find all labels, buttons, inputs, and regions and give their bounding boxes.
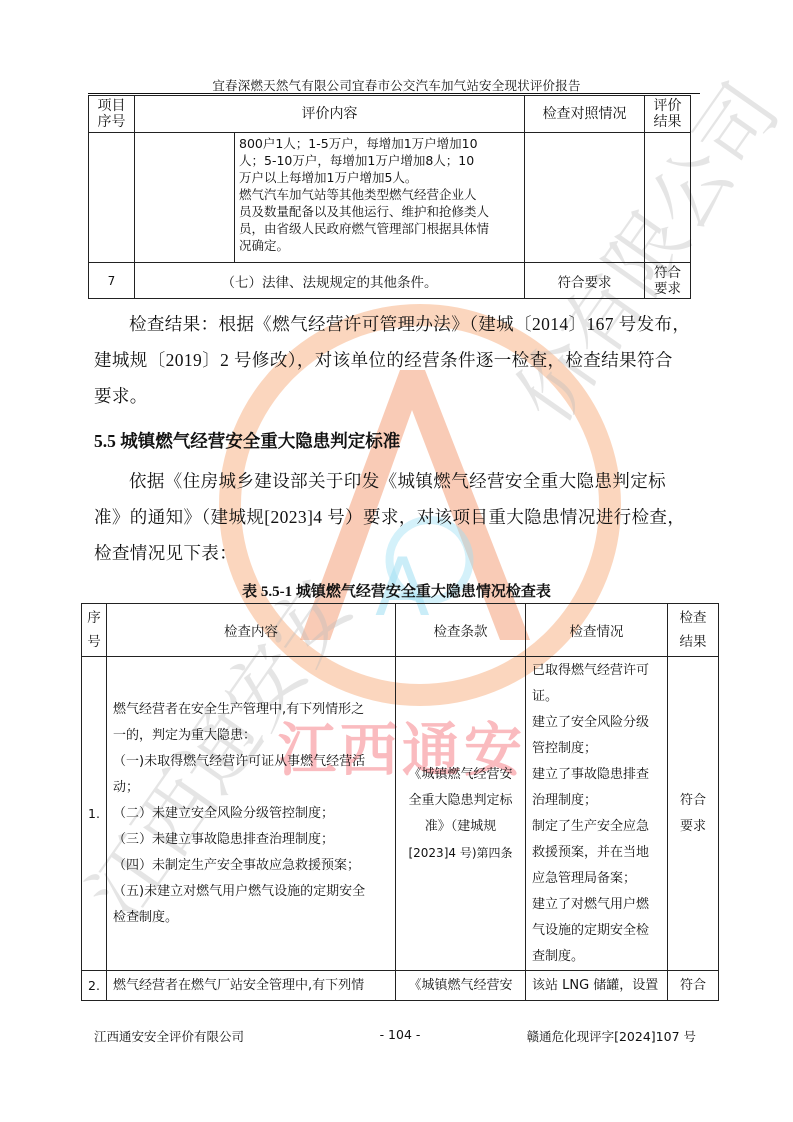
header-rule [88,93,700,94]
result-line: 符合 [645,265,690,281]
table-row: 7 （七）法律、法规规定的其他条件。 符合要求 符合 要求 [89,263,691,299]
clause-line: 准》（建城规 [399,814,522,840]
header-seq: 序 号 [82,604,107,657]
footer-company: 江西通安安全评价有限公司 [94,1027,244,1045]
status-line: 建立了对燃气用户燃 [532,892,663,918]
content-line: 员及数量配备以及其他运行、维护和抢修类人 [239,203,520,220]
evaluation-table-continuation: 项目序号 评价内容 检查对照情况 评价结果 800户1人；1-5万户，每增加1万… [88,95,691,299]
running-header-title: 宜春深燃天然气有限公司宜春市公交汽车加气站安全现状评价报告 [0,76,793,94]
header-status: 检查情况 [526,604,668,657]
result-cell: 符合 要求 [668,657,719,971]
status-line: 已取得燃气经营许可 [532,658,663,684]
status-line: 证。 [532,684,663,710]
basis-paragraph: 依据《住房城乡建设部关于印发《城镇燃气经营安全重大隐患判定标 准》的通知》（建城… [94,463,702,571]
clause-cell: 《城镇燃气经营安 全重大隐患判定标 准》（建城规 [2023]4 号)第四条 [396,657,526,971]
content-line: 检查制度。 [113,905,391,931]
clause-line: 《城镇燃气经营安 [399,762,522,788]
header-content: 评价内容 [135,96,525,133]
result-cell: 符合 要求 [645,263,691,299]
result-line: 要求 [668,814,718,840]
table-caption: 表 5.5-1 城镇燃气经营安全重大隐患情况检查表 [0,580,793,601]
clause-line: 全重大隐患判定标 [399,788,522,814]
seq-cell: 1. [82,657,107,971]
status-line: 建立了事故隐患排查 [532,762,663,788]
blank-cell [135,133,235,263]
result-cell [645,133,691,263]
header-result: 评价结果 [645,96,691,133]
section-heading: 5.5 城镇燃气经营安全重大隐患判定标准 [94,428,400,453]
document-number: 赣通危化现评字[2024]107 号 [527,1027,696,1045]
result-line: 符合 [668,788,718,814]
check-cell: 符合要求 [525,263,645,299]
header-result: 检查 结果 [668,604,719,657]
content-line: （二）未建立安全风险分级管控制度； [113,801,391,827]
seq-cell: 7 [89,263,135,299]
header-check: 检查对照情况 [525,96,645,133]
clause-line: [2023]4 号)第四条 [399,840,522,866]
content-line: 万户以上每增加1万户增加5人。 [239,169,520,186]
status-line: 气设施的定期安全检 [532,918,663,944]
content-line: 员，由省级人民政府燃气管理部门根据具体情 [239,220,520,237]
table-row: 2. 燃气经营者在燃气厂站安全管理中,有下列情 《城镇燃气经营安 该站 LNG … [82,971,719,1001]
page-number: - 104 - [360,1027,440,1042]
table-header-row: 序 号 检查内容 检查条款 检查情况 检查 结果 [82,604,719,657]
seq-cell: 2. [82,971,107,1001]
content-line: （三）未建立事故隐患排查治理制度； [113,827,391,853]
content-line: 燃气汽车加气站等其他类型燃气经营企业人 [239,186,520,203]
header-seq: 项目序号 [89,96,135,133]
requirement-cell: 800户1人；1-5万户，每增加1万户增加10 人；5-10万户，每增加1万户增… [235,133,525,263]
status-line: 制定了生产安全应急 [532,814,663,840]
paragraph-line: 依据《住房城乡建设部关于印发《城镇燃气经营安全重大隐患判定标 [94,463,702,499]
status-line: 救援预案，并在当地 [532,840,663,866]
content-cell: （七）法律、法规规定的其他条件。 [135,263,525,299]
table-header-row: 项目序号 评价内容 检查对照情况 评价结果 [89,96,691,133]
content-line: 一的，判定为重大隐患： [113,723,391,749]
content-line: 动； [113,775,391,801]
status-cell: 已取得燃气经营许可 证。 建立了安全风险分级 管控制度； 建立了事故隐患排查 治… [526,657,668,971]
result-cell: 符合 [668,971,719,1001]
paragraph-line: 准》的通知》（建城规[2023]4 号）要求，对该项目重大隐患情况进行检查， [94,499,702,535]
content-cell: 燃气经营者在安全生产管理中,有下列情形之 一的，判定为重大隐患： （一)未取得燃… [107,657,396,971]
header-clause: 检查条款 [396,604,526,657]
content-line: 人；5-10万户，每增加1万户增加8人；10 [239,152,520,169]
status-line: 管控制度； [532,736,663,762]
result-line: 要求 [645,281,690,297]
paragraph-line: 建城规〔2019〕2 号修改），对该单位的经营条件逐一检查，检查结果符合 [94,342,702,378]
status-line: 治理制度； [532,788,663,814]
header-content: 检查内容 [107,604,396,657]
check-cell [525,133,645,263]
paragraph-line: 检查结果：根据《燃气经营许可管理办法》（建城〔2014〕167 号发布， [94,306,702,342]
content-line: （四）未制定生产安全事故应急救援预案； [113,853,391,879]
table-row: 800户1人；1-5万户，每增加1万户增加10 人；5-10万户，每增加1万户增… [89,133,691,263]
paragraph-line: 检查情况见下表： [94,535,702,571]
seq-cell [89,133,135,263]
check-result-paragraph: 检查结果：根据《燃气经营许可管理办法》（建城〔2014〕167 号发布， 建城规… [94,306,702,414]
paragraph-line: 要求。 [94,378,702,414]
status-line: 应急管理局备案； [532,866,663,892]
major-hazard-check-table: 序 号 检查内容 检查条款 检查情况 检查 结果 1. 燃气经营者在安全生产管理… [81,603,719,1001]
content-line: 800户1人；1-5万户，每增加1万户增加10 [239,135,520,152]
content-cell: 燃气经营者在燃气厂站安全管理中,有下列情 [107,971,396,1001]
content-line: 燃气经营者在安全生产管理中,有下列情形之 [113,697,391,723]
content-line: （一)未取得燃气经营许可证从事燃气经营活 [113,749,391,775]
content-line: 况确定。 [239,237,520,254]
clause-cell: 《城镇燃气经营安 [396,971,526,1001]
status-line: 建立了安全风险分级 [532,710,663,736]
status-cell: 该站 LNG 储罐，设置 [526,971,668,1001]
status-line: 查制度。 [532,944,663,970]
table-row: 1. 燃气经营者在安全生产管理中,有下列情形之 一的，判定为重大隐患： （一)未… [82,657,719,971]
content-line: （五)未建立对燃气用户燃气设施的定期安全 [113,879,391,905]
